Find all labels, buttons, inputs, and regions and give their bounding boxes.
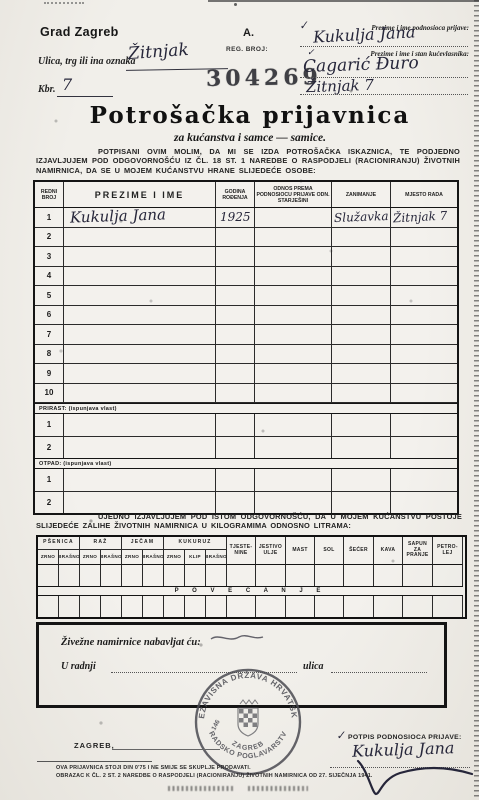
city-name: Grad Zagreb: [40, 25, 119, 39]
col-header-redni-broj: REDNI BROJ: [35, 182, 64, 207]
members-rows: 1 Kukulja Jana 1925 Služavka Žitnjak 7 2: [35, 208, 457, 403]
form-title: Potrošačka prijavnica: [30, 102, 470, 129]
row-number: 1: [35, 469, 64, 491]
street-value-handwritten: Žitnjak: [127, 40, 189, 64]
table-row: 2: [35, 437, 457, 459]
scanned-form-page: Grad Zagreb Ulica, trg ili ina oznaka Ži…: [0, 0, 479, 800]
table-row: 7: [35, 325, 457, 345]
house-number-handwritten: 7: [62, 75, 72, 94]
row-number: 2: [35, 492, 64, 514]
checkmark-icon: ✓: [335, 728, 346, 742]
table-row: 5: [35, 286, 457, 306]
applicant-name-handwritten: Kukulja Jana: [313, 22, 416, 46]
form-subtitle: za kućanstva i samce — samice.: [30, 132, 470, 144]
col-header-petrolej: PETRO-LEJ: [433, 537, 463, 565]
intro-paragraph: POTPISANI OVIM MOLIM, DA MI SE IZDA POTR…: [36, 147, 460, 175]
house-number-label: Kbr.: [38, 84, 56, 95]
date-line: [112, 749, 220, 750]
house-number-underline: [57, 96, 113, 97]
table-row: 2: [35, 228, 457, 248]
torn-edge-line: [208, 0, 479, 2]
supplies-intro-paragraph: UJEDNO IZJAVLJUJEM POD ISTOM ODGOVORNOŠĆ…: [36, 512, 462, 531]
fine-print-rule: [37, 761, 152, 762]
row-number: 4: [35, 267, 64, 286]
col-header-sapun: SAPUN ZA PRANJE: [403, 537, 433, 565]
col-header-sol: SOL: [315, 537, 344, 565]
row-number: 6: [35, 306, 64, 325]
fine-print-line-2: OBRAZAC K ČL. 2 ST. 2 NAREDBE O RASPODJE…: [56, 773, 373, 779]
sub-header-brasno: BRAŠNO: [143, 550, 164, 565]
group-header-raz: RAŽ: [80, 537, 122, 550]
ink-dot: [234, 3, 237, 6]
prirast-section-label: PRIRAST: (ispunjava vlast): [35, 403, 457, 414]
stamp-coat-of-arms: [238, 700, 258, 736]
sub-header-brasno: BRAŠNO: [59, 550, 80, 565]
col-header-odnos: ODNOS PREMA PODNOSIOCU PRIJAVE ODN. STAR…: [255, 182, 332, 207]
purchase-intro: Živežne namirnice nabavljat ću:: [61, 637, 201, 648]
workplace-handwritten: Žitnjak 7: [393, 209, 448, 226]
col-header-secer: ŠEĆER: [344, 537, 374, 565]
supplies-table: PŠENICA RAŽ JEČAM KUKURUZ TJESTE-NINE JE…: [36, 535, 467, 619]
increase-band: P O V E Ć A N J E: [38, 586, 463, 596]
form-letter: A.: [243, 27, 254, 39]
members-table: REDNI BROJ PREZIME I IME GODINA ROĐENJA …: [33, 180, 459, 515]
sub-header-klip: KLIP: [185, 550, 206, 565]
owner-name-handwritten: Cagarić Đuro: [303, 53, 419, 77]
table-row: 9: [35, 364, 457, 384]
row-number: 2: [35, 228, 64, 247]
official-stamp: NEZAVISNA DRŽAVA HRVATSKA GRADSKO POGLAV…: [190, 664, 306, 780]
col-header-kava: KAVA: [374, 537, 403, 565]
row-number: 1: [35, 414, 64, 436]
row-number: 10: [35, 384, 64, 403]
street-label-2: ulica: [303, 661, 324, 672]
stamp-number: 146: [210, 718, 221, 731]
fine-print-line-1: OVA PRIJAVNICA STOJI DIN 0'75 I NE SMIJE…: [56, 765, 251, 771]
table-row: 8: [35, 345, 457, 365]
street-label: Ulica, trg ili ina oznaka: [38, 56, 136, 67]
col-header-jestivo-ulje: JESTIVO ULJE: [256, 537, 286, 565]
table-row: 1: [35, 414, 457, 437]
row-number: 8: [35, 345, 64, 364]
col-header-zanimanje: ZANIMANJE: [332, 182, 391, 207]
dotted-line: [300, 46, 468, 47]
sub-header-zrno: ZRNO: [80, 550, 101, 565]
members-table-header: REDNI BROJ PREZIME I IME GODINA ROĐENJA …: [35, 182, 457, 208]
perforation-strip: [474, 0, 479, 800]
prirast-rows: 1 2: [35, 414, 457, 458]
col-header-mast: MAST: [286, 537, 315, 565]
row-number: 9: [35, 364, 64, 383]
col-header-mjesto-rada: MJESTO RADA: [391, 182, 457, 207]
bleed-through-smudge: [168, 786, 318, 792]
paper-noise-specks: [0, 0, 2, 2]
table-row: 3: [35, 247, 457, 267]
table-row: 1 Kukulja Jana 1925 Služavka Žitnjak 7: [35, 208, 457, 228]
col-header-prezime-ime: PREZIME I IME: [64, 182, 216, 207]
row-number: 1: [35, 208, 64, 227]
otpad-section-label: OTPAD: (ispunjava vlast): [35, 458, 457, 469]
place-label: ZAGREB,: [74, 741, 115, 750]
table-row: 2: [35, 492, 457, 514]
col-header-tjestenine: TJESTE-NINE: [227, 537, 256, 565]
member-name-handwritten: Kukulja Jana: [70, 206, 167, 227]
group-header-kukuruz: KUKURUZ: [164, 537, 227, 550]
table-row: 1: [35, 469, 457, 492]
reg-number-label: REG. BROJ:: [226, 46, 268, 53]
ink-scribble: [209, 631, 269, 645]
group-header-jecam: JEČAM: [122, 537, 164, 550]
row-number: 3: [35, 247, 64, 266]
table-row: 10: [35, 384, 457, 404]
row-number: 7: [35, 325, 64, 344]
dotted-line: [300, 94, 468, 95]
sub-header-brasno: BRAŠNO: [101, 550, 122, 565]
torn-edge-dots: [44, 2, 84, 4]
sub-header-zrno: ZRNO: [122, 550, 143, 565]
group-header-psenica: PŠENICA: [38, 537, 80, 550]
col-header-godina-rodenja: GODINA ROĐENJA: [216, 182, 255, 207]
sub-header-zrno: ZRNO: [38, 550, 59, 565]
sub-header-zrno: ZRNO: [164, 550, 185, 565]
table-row: 4: [35, 267, 457, 287]
birth-year-handwritten: 1925: [220, 210, 251, 224]
sub-header-brasno: BRAŠNO: [206, 550, 227, 565]
occupation-handwritten: Služavka: [334, 209, 389, 225]
row-number: 2: [35, 437, 64, 459]
dotted-line: [331, 672, 427, 673]
table-row: 6: [35, 306, 457, 326]
supplies-empty-row: [38, 596, 463, 617]
otpad-rows: 1 2: [35, 469, 457, 513]
supplies-empty-row: [38, 565, 463, 586]
row-number: 5: [35, 286, 64, 305]
shop-label: U radnji: [61, 661, 96, 672]
